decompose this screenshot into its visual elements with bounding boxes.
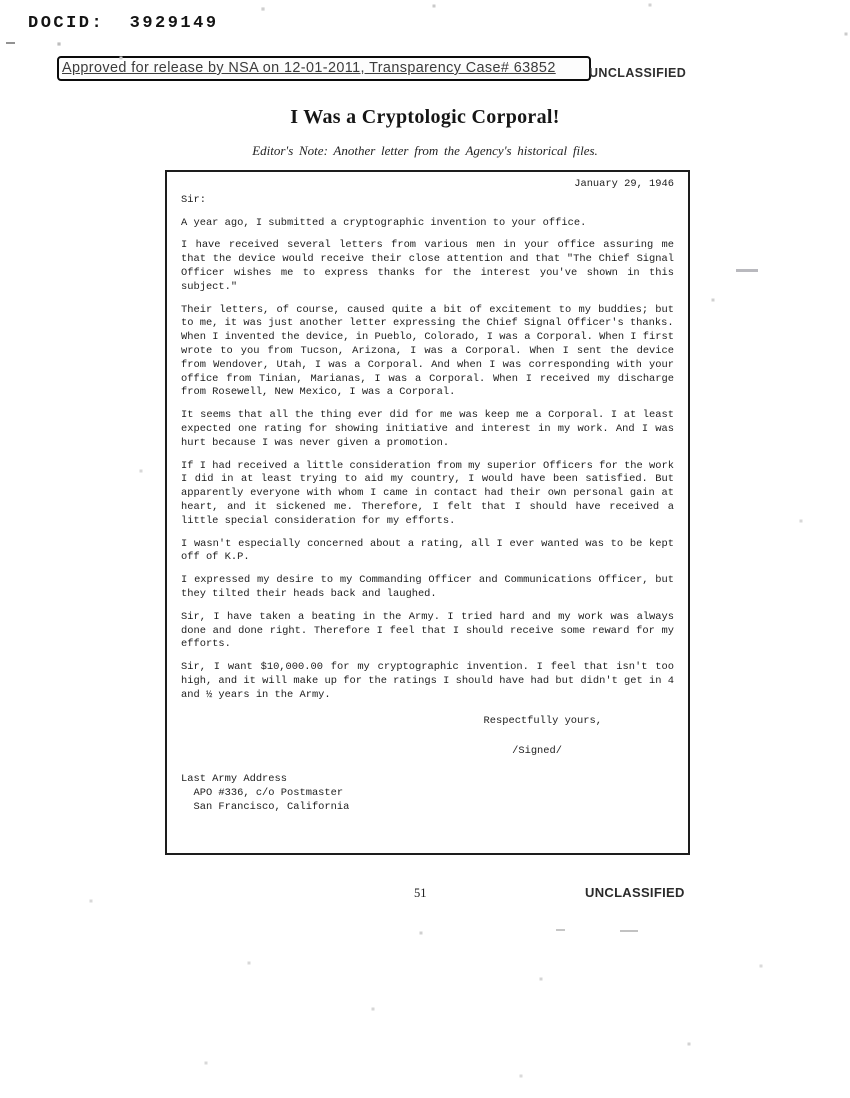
letter-signature: /Signed/ xyxy=(181,745,674,759)
page-number: 51 xyxy=(414,886,427,901)
letter-paragraph: I expressed my desire to my Commanding O… xyxy=(181,574,674,602)
letter-paragraph: Sir, I want $10,000.00 for my cryptograp… xyxy=(181,661,674,702)
letter-paragraph: Their letters, of course, caused quite a… xyxy=(181,304,674,401)
letter-paragraph: If I had received a little consideration… xyxy=(181,460,674,529)
letter-paragraph: I wasn't especially concerned about a ra… xyxy=(181,538,674,566)
letter-box: January 29, 1946 Sir: A year ago, I subm… xyxy=(165,170,690,855)
scan-artifact xyxy=(556,929,565,931)
release-banner-box: Approved for release by NSA on 12-01-201… xyxy=(57,56,591,81)
scan-artifact xyxy=(736,269,758,272)
letter-paragraph: It seems that all the thing ever did for… xyxy=(181,409,674,450)
classification-marking-top: UNCLASSIFIED xyxy=(589,66,686,80)
address-line: Last Army Address xyxy=(181,773,674,787)
letter-closing: Respectfully yours, xyxy=(181,715,674,729)
letter-salutation: Sir: xyxy=(181,194,674,208)
release-banner-text: Approved for release by NSA on 12-01-201… xyxy=(62,60,556,76)
address-line: APO #336, c/o Postmaster xyxy=(181,787,674,801)
classification-marking-bottom: UNCLASSIFIED xyxy=(585,885,685,900)
letter-date: January 29, 1946 xyxy=(181,178,674,192)
scan-artifact xyxy=(620,930,638,932)
editors-note: Editor's Note: Another letter from the A… xyxy=(0,143,850,159)
docid-stamp: DOCID: 3929149 xyxy=(28,14,219,33)
scanned-document-page: DOCID: 3929149 Approved for release by N… xyxy=(0,0,850,1098)
letter-paragraph: Sir, I have taken a beating in the Army.… xyxy=(181,611,674,652)
letter-address-block: Last Army Address APO #336, c/o Postmast… xyxy=(181,773,674,814)
letter-paragraph: A year ago, I submitted a cryptographic … xyxy=(181,217,674,231)
scan-artifact xyxy=(6,42,15,44)
letter-paragraph: I have received several letters from var… xyxy=(181,239,674,294)
article-title: I Was a Cryptologic Corporal! xyxy=(0,106,850,129)
address-line: San Francisco, California xyxy=(181,801,674,815)
letter-paragraphs: A year ago, I submitted a cryptographic … xyxy=(181,217,674,703)
scan-noise-specks xyxy=(0,0,2,2)
